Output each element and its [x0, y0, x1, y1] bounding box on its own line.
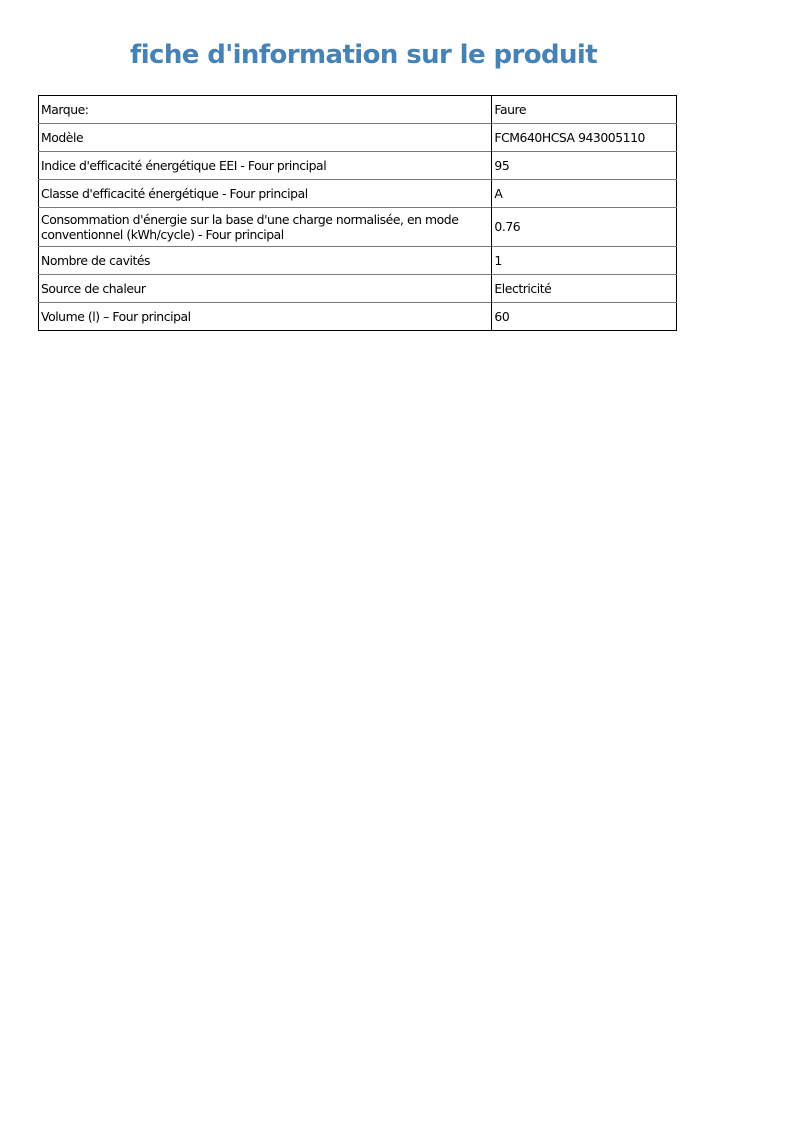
row-label-brand: Marque:	[39, 96, 492, 124]
row-value-cavities: 1	[492, 247, 677, 275]
table-row: Classe d'efficacité énergétique - Four p…	[39, 180, 677, 208]
table-row: Source de chaleur Electricité	[39, 275, 677, 303]
row-label-model: Modèle	[39, 124, 492, 152]
table-row: Indice d'efficacité énergétique EEI - Fo…	[39, 152, 677, 180]
table-row: Nombre de cavités 1	[39, 247, 677, 275]
table-row: Modèle FCM640HCSA 943005110	[39, 124, 677, 152]
row-label-energy-class: Classe d'efficacité énergétique - Four p…	[39, 180, 492, 208]
row-value-energy-class: A	[492, 180, 677, 208]
row-label-volume: Volume (l) – Four principal	[39, 303, 492, 331]
row-value-brand: Faure	[492, 96, 677, 124]
row-label-cavities: Nombre de cavités	[39, 247, 492, 275]
table-row: Volume (l) – Four principal 60	[39, 303, 677, 331]
row-value-model: FCM640HCSA 943005110	[492, 124, 677, 152]
row-label-energy-consumption: Consommation d'énergie sur la base d'une…	[39, 208, 492, 247]
row-value-volume: 60	[492, 303, 677, 331]
product-info-table: Marque: Faure Modèle FCM640HCSA 94300511…	[38, 95, 677, 331]
row-label-eei: Indice d'efficacité énergétique EEI - Fo…	[39, 152, 492, 180]
table-row: Consommation d'énergie sur la base d'une…	[39, 208, 677, 247]
row-value-energy-consumption: 0.76	[492, 208, 677, 247]
row-value-eei: 95	[492, 152, 677, 180]
row-label-heat-source: Source de chaleur	[39, 275, 492, 303]
page-title: fiche d'information sur le produit	[130, 36, 597, 74]
table-row: Marque: Faure	[39, 96, 677, 124]
row-value-heat-source: Electricité	[492, 275, 677, 303]
